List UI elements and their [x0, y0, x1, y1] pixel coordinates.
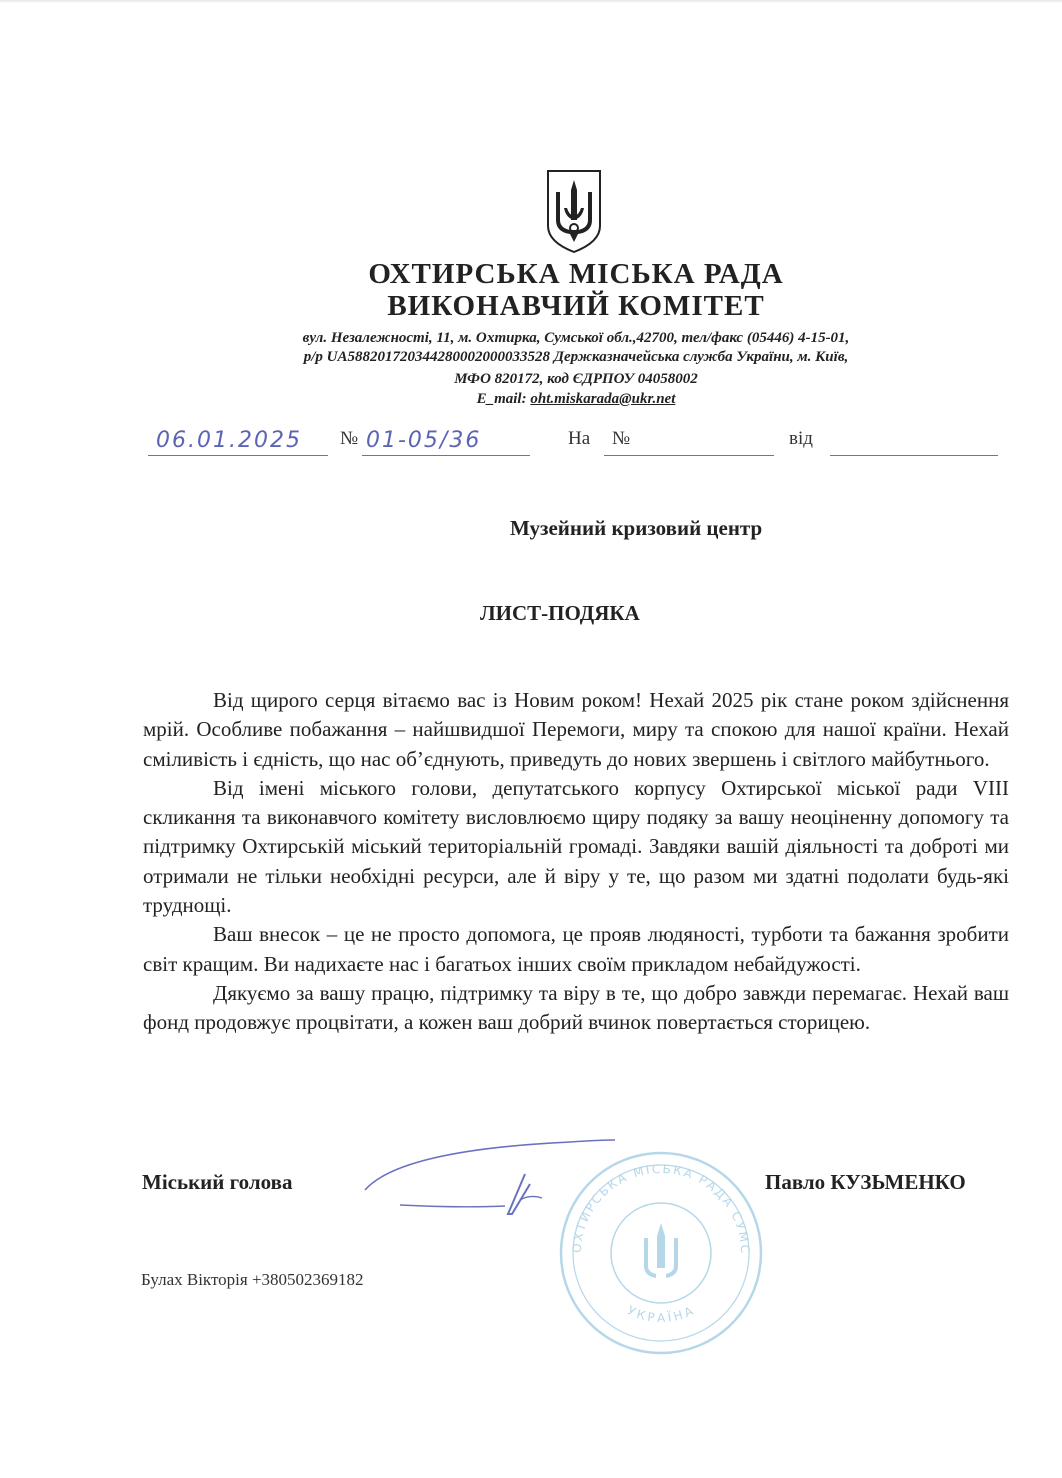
email-line: E_mail: oht.miskarada@ukr.net	[0, 391, 1062, 408]
svg-text:УКРАЇНА: УКРАЇНА	[625, 1303, 698, 1325]
addressee: Музейний кризовий центр	[510, 516, 762, 541]
number-underline	[362, 455, 530, 456]
bank-account-line: р/р UA588201720344280002000033528 Держка…	[0, 349, 1062, 366]
reply-number-label: №	[612, 428, 630, 458]
page-top-edge	[0, 0, 1062, 3]
registration-date-value: 06.01.2025	[156, 428, 302, 453]
signatory-role: Міський голова	[142, 1170, 292, 1195]
reply-number-field	[604, 455, 774, 456]
from-date-field	[830, 455, 998, 456]
reply-label: На	[568, 428, 590, 458]
address-line: вул. Незалежності, 11, м. Охтирка, Сумсь…	[0, 330, 1062, 347]
registration-number: 01-05/36	[366, 428, 481, 458]
paragraph-2: Від імені міського голови, депутатського…	[143, 774, 1009, 920]
codes-line: МФО 820172, код ЄДРПОУ 04058002	[0, 371, 1062, 388]
paragraph-1: Від щирого серця вітаємо вас із Новим ро…	[143, 686, 1009, 774]
signatory-name: Павло КУЗЬМЕНКО	[765, 1170, 966, 1195]
letter-body: Від щирого серця вітаємо вас із Новим ро…	[143, 686, 1009, 1038]
trident-emblem-icon	[544, 168, 604, 254]
date-underline	[148, 455, 328, 456]
email-link[interactable]: oht.miskarada@ukr.net	[530, 391, 675, 407]
paragraph-4: Дякуємо за вашу працю, підтримку та віру…	[143, 979, 1009, 1038]
paragraph-3: Ваш внесок – це не просто допомога, це п…	[143, 920, 1009, 979]
email-label: E_mail:	[477, 391, 531, 407]
organization-name: ОХТИРСЬКА МІСЬКА РАДА	[0, 258, 1062, 291]
registration-number-value: 01-05/36	[366, 428, 481, 453]
organization-subtitle: ВИКОНАВЧИЙ КОМІТЕТ	[0, 290, 1062, 323]
from-label: від	[789, 428, 813, 458]
registration-date: 06.01.2025	[156, 428, 302, 458]
registration-number-label: №	[340, 428, 358, 458]
document-title: ЛИСТ-ПОДЯКА	[480, 601, 640, 626]
handwritten-signature-icon	[340, 1130, 620, 1230]
executor-contact: Булах Вікторія +380502369182	[141, 1270, 364, 1290]
stamp-text-bottom: УКРАЇНА	[625, 1303, 698, 1325]
